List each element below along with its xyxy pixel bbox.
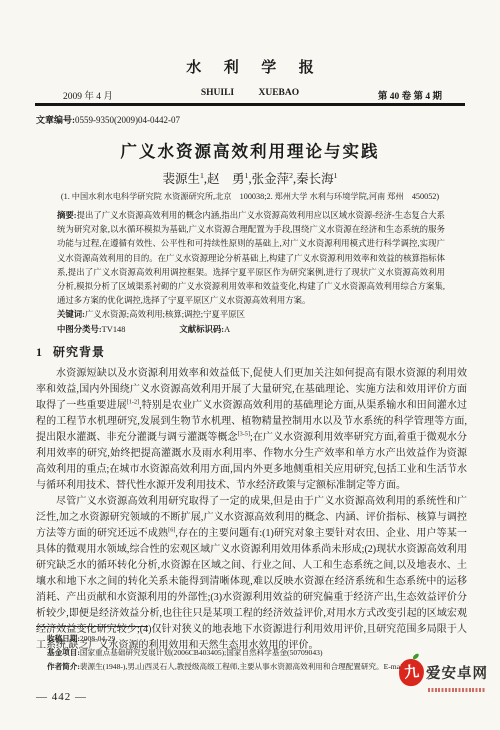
- body-paragraph-2: 尽管广义水资源高效利用研究取得了一定的成果,但是由于广义水资源高效利用的系统性和…: [36, 494, 467, 654]
- watermark-row: 九 爱安卓网: [399, 659, 495, 686]
- footnote-divider: [36, 626, 148, 627]
- doc-code-value: A: [224, 325, 230, 334]
- watermark-badge-char: 九: [403, 663, 420, 681]
- article-id-value: 0559-9350(2009)04-0442-07: [75, 115, 180, 125]
- keywords-text: 广义水资源;高效利用;核算;调控;宁夏平原区: [85, 310, 245, 319]
- article-id-label: 文章编号:: [36, 115, 75, 125]
- footnote-label: 作者简介:: [47, 662, 80, 671]
- keywords-line: 关键词:广义水资源;高效利用;核算;调控;宁夏平原区: [57, 308, 445, 322]
- author-name: 赵 勇: [207, 172, 245, 186]
- section-title: 研究背景: [53, 345, 105, 359]
- watermark-stamp: 九 爱安卓网: [399, 659, 495, 705]
- body-paragraph-1: 水资源短缺以及水资源利用效率和效益低下,促使人们更加关注如何提高有限水资源的利用…: [36, 366, 467, 494]
- keywords-label: 关键词:: [57, 310, 85, 319]
- paper-title: 广义水资源高效利用理论与实践: [0, 138, 500, 162]
- watermark-name: 爱安卓网: [426, 662, 488, 683]
- author-name: 张金萍: [252, 172, 290, 186]
- footnote-text: 2008-04-29: [80, 634, 115, 643]
- watermark-badge-icon: 九: [398, 658, 426, 687]
- clc-line: 中图分类号:TV148文献标识码:A: [57, 323, 445, 337]
- clc-value: TV148: [102, 325, 126, 334]
- affiliation-line: (1. 中国水利水电科学研究院 水资源研究所,北京 100038;2. 郑州大学…: [0, 191, 500, 202]
- journal-title-cn: 水利学报: [186, 56, 336, 77]
- author-name: 裴源生: [163, 172, 201, 186]
- volume-issue: 第 40 卷 第 4 期: [378, 88, 442, 102]
- author-affiliation-sup: 2: [289, 171, 293, 180]
- author-line: 裴源生1,赵 勇1,张金萍2,秦长海1: [0, 169, 500, 187]
- author-affiliation-sup: 1: [245, 171, 249, 180]
- abstract-block: 摘要:提出了广义水资源高效利用的概念内涵,指出广义水资源高效利用应以区域水资源-…: [57, 209, 445, 337]
- section-body: 水资源短缺以及水资源利用效率和效益低下,促使人们更加关注如何提高有限水资源的利用…: [36, 366, 467, 654]
- author-name: 秦长海: [296, 172, 334, 186]
- abstract-text: 提出了广义水资源高效利用的概念内涵,指出广义水资源高效利用应以区域水资源-经济-…: [57, 211, 445, 305]
- page-number: — 442 —: [36, 691, 87, 703]
- header-rule: [35, 103, 465, 106]
- author-affiliation-sup: 1: [200, 171, 204, 180]
- watermark-url: [428, 688, 486, 692]
- author-affiliation-sup: 1: [334, 171, 338, 180]
- journal-page: 水利学报 2009 年 4 月 SHUILI XUEBAO 第 40 卷 第 4…: [0, 0, 500, 730]
- abstract-paragraph: 摘要:提出了广义水资源高效利用的概念内涵,指出广义水资源高效利用应以区域水资源-…: [57, 209, 445, 308]
- journal-masthead: 水利学报: [0, 56, 500, 77]
- footnote-label: 收稿日期:: [47, 634, 80, 643]
- footnote-received: 收稿日期:2008-04-29: [47, 632, 476, 646]
- section-number: 1: [36, 345, 43, 359]
- article-id-line: 文章编号:0559-9350(2009)04-0442-07: [36, 113, 180, 126]
- journal-header-row: 2009 年 4 月 SHUILI XUEBAO 第 40 卷 第 4 期: [36, 88, 464, 101]
- footnote-text: 裴源生(1948-),男,山西灵石人,教授级高级工程师,主要从事水资源高效利用和…: [80, 662, 414, 671]
- section-heading-1: 1研究背景: [36, 343, 105, 360]
- footnote-text: 国家重点基础研究发展计划(2006CB403405);国家自然科学基金(5070…: [80, 648, 323, 657]
- doc-code-label: 文献标识码:: [179, 325, 224, 334]
- footnote-label: 基金项目:: [47, 648, 80, 657]
- abstract-label: 摘要:: [57, 211, 77, 220]
- clc-label: 中图分类号:: [57, 325, 102, 334]
